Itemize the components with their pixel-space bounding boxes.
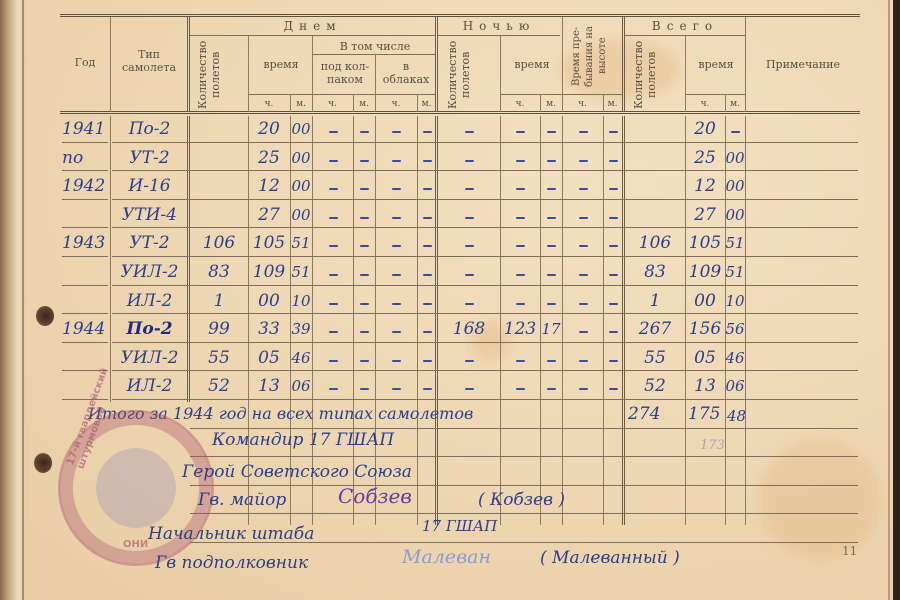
cell-day-count: 55: [190, 348, 248, 368]
row-divider: [62, 170, 108, 171]
cell-dash: [516, 188, 525, 190]
cell-total-count: 55: [625, 348, 685, 368]
cell-total-h: 05: [685, 348, 725, 368]
row-divider: [112, 342, 858, 343]
cell-total-h: 156: [685, 319, 725, 339]
cell-dash: [609, 160, 618, 162]
row-divider: [62, 227, 108, 228]
cell-year: 1942: [62, 176, 110, 196]
cell-type: И-16: [112, 176, 187, 196]
cell-dash: [465, 217, 474, 219]
cell-total-m: 51: [725, 233, 745, 253]
cell-total-m: 06: [725, 376, 745, 396]
cell-dash: [423, 217, 432, 219]
cell-total-m: 00: [725, 205, 745, 225]
cell-total-count: 106: [625, 233, 685, 253]
cell-dash: [516, 274, 525, 276]
cell-total-h: 27: [685, 205, 725, 225]
cell-dash: [609, 360, 618, 362]
cell-type: УТ-2: [112, 233, 187, 253]
cell-dash: [360, 160, 369, 162]
cell-dash: [392, 188, 401, 190]
cell-dash: [423, 303, 432, 305]
header-altitude-time: Время пре- бывания на высоте: [570, 18, 616, 94]
cell-day-h: 33: [248, 319, 290, 339]
cell-day-count: 106: [190, 233, 248, 253]
cell-dash: [579, 160, 588, 162]
row-divider: [62, 313, 108, 314]
header-day-flights: Количество полетов: [196, 38, 240, 112]
punch-hole: [34, 453, 52, 473]
cell-dash: [360, 217, 369, 219]
unit-label-hours: ч.: [500, 99, 540, 109]
cell-dash: [516, 217, 525, 219]
column-divider: [417, 116, 418, 525]
cell-day-h: 20: [248, 119, 290, 139]
row-divider: [62, 256, 108, 257]
row-divider: [112, 370, 858, 371]
cell-dash: [579, 217, 588, 219]
cell-day-count: 99: [190, 319, 248, 339]
cell-dash: [609, 331, 618, 333]
cell-day-m: 51: [290, 233, 312, 253]
cell-dash: [329, 303, 338, 305]
header-total-flights: Количество полетов: [632, 38, 676, 112]
cell-dash: [360, 303, 369, 305]
cell-type: УТИ-4: [112, 205, 187, 225]
cell-total-m: 46: [725, 348, 745, 368]
cell-dash: [547, 360, 556, 362]
summary-total-minutes: 48: [727, 406, 746, 426]
cell-total-h: 109: [685, 262, 725, 282]
cell-day-count: 52: [190, 376, 248, 396]
cell-dash: [579, 131, 588, 133]
unit-label-minutes: м.: [603, 99, 622, 109]
row-divider: [112, 399, 858, 400]
cell-dash: [465, 360, 474, 362]
cell-dash: [392, 331, 401, 333]
unit-label-minutes: м.: [290, 99, 312, 109]
unit-label-hours: ч.: [685, 99, 725, 109]
cell-dash: [329, 131, 338, 133]
signature-rank-lt-colonel: Гв подполковник: [155, 553, 308, 573]
cell-dash: [329, 331, 338, 333]
signature-commander-name: ( Кобзев ): [478, 490, 565, 510]
cell-dash: [423, 274, 432, 276]
cell-dash: [516, 360, 525, 362]
cell-total-h: 105: [685, 233, 725, 253]
header-in-clouds: в облаках: [378, 60, 434, 86]
summary-total-count: 274: [628, 404, 660, 424]
cell-total-m: 51: [725, 262, 745, 282]
cell-total-h: 20: [685, 119, 725, 139]
header-day-time: время: [250, 58, 312, 71]
stamp-text-bottom: ОНИ: [123, 539, 148, 550]
cell-day-m: 46: [290, 348, 312, 368]
cell-day-h: 105: [248, 233, 290, 253]
cell-dash: [423, 331, 432, 333]
unit-label-hours: ч.: [248, 99, 290, 109]
cell-day-m: 00: [290, 176, 312, 196]
cell-dash: [516, 303, 525, 305]
row-divider: [62, 285, 108, 286]
row-divider: [112, 170, 858, 171]
cell-dash: [547, 217, 556, 219]
cell-dash: [392, 217, 401, 219]
cell-dash: [609, 131, 618, 133]
cell-day-h: 12: [248, 176, 290, 196]
cell-dash: [516, 160, 525, 162]
cell-dash: [423, 131, 432, 133]
cell-dash: [360, 131, 369, 133]
cell-total-count: 52: [625, 376, 685, 396]
signature-rank-major: Гв. майор: [198, 490, 286, 510]
cell-dash: [392, 131, 401, 133]
spine-edge: [22, 0, 24, 600]
cell-dash: [360, 188, 369, 190]
header-night: Ночью: [438, 20, 560, 33]
cell-dash: [579, 303, 588, 305]
column-divider: [603, 116, 604, 525]
stamp-emblem: [96, 448, 176, 528]
cell-day-m: 51: [290, 262, 312, 282]
cell-type: ИЛ-2: [112, 376, 187, 396]
signature-hero-title: Герой Советского Союза: [182, 462, 412, 482]
cell-total-h: 25: [685, 148, 725, 168]
signature-chief-of-staff: Начальник штаба: [148, 524, 314, 544]
cell-total-m: 10: [725, 291, 745, 311]
row-divider: [190, 513, 858, 514]
cell-dash: [547, 188, 556, 190]
unit-label-hours: ч.: [562, 99, 603, 109]
cell-type: ИЛ-2: [112, 291, 187, 311]
cell-day-h: 25: [248, 148, 290, 168]
cell-dash: [392, 274, 401, 276]
header-night-flights: Количество полетов: [446, 38, 490, 112]
row-divider: [112, 142, 858, 143]
row-divider: [112, 313, 858, 314]
cell-night-h: 123: [500, 319, 540, 339]
row-divider: [190, 456, 858, 457]
cell-day-h: 109: [248, 262, 290, 282]
cell-day-m: 10: [290, 291, 312, 311]
cell-dash: [516, 131, 525, 133]
cell-year: 1944: [62, 319, 110, 339]
cell-dash: [579, 331, 588, 333]
cell-dash: [360, 360, 369, 362]
row-divider: [112, 285, 858, 286]
cell-dash: [465, 303, 474, 305]
cell-dash: [609, 188, 618, 190]
cell-total-m: 00: [725, 176, 745, 196]
cell-total-h: 12: [685, 176, 725, 196]
cell-day-m: 00: [290, 148, 312, 168]
cell-day-h: 05: [248, 348, 290, 368]
cell-dash: [547, 160, 556, 162]
signature-chief-name: ( Малеванный ): [540, 548, 680, 568]
cell-dash: [609, 274, 618, 276]
cell-dash: [423, 160, 432, 162]
cell-total-count: 267: [625, 319, 685, 339]
cell-dash: [609, 303, 618, 305]
cell-day-m: 00: [290, 205, 312, 225]
cell-dash: [547, 131, 556, 133]
unit-label-minutes: м.: [540, 99, 562, 109]
cell-dash: [392, 360, 401, 362]
cell-total-m: 00: [725, 148, 745, 168]
page-edge: [893, 0, 900, 600]
cell-year: по: [62, 148, 110, 168]
unit-label-minutes: м.: [725, 99, 745, 109]
cell-day-count: 83: [190, 262, 248, 282]
signature-chief-unit: 17 ГШАП: [422, 516, 497, 536]
cell-total-m: 56: [725, 319, 745, 339]
cell-dash: [392, 303, 401, 305]
cell-dash: [465, 160, 474, 162]
unit-label-hours: ч.: [312, 99, 353, 109]
page-number: 11: [842, 544, 857, 558]
header-night-time: время: [502, 58, 562, 71]
cell-day-count: 1: [190, 291, 248, 311]
row-divider: [62, 342, 108, 343]
row-divider: [112, 227, 858, 228]
cell-dash: [423, 188, 432, 190]
cell-total-count: 83: [625, 262, 685, 282]
cell-day-m: 06: [290, 376, 312, 396]
cell-dash: [465, 131, 474, 133]
row-divider: [112, 199, 858, 200]
cell-day-h: 27: [248, 205, 290, 225]
page-edge-line: [888, 0, 890, 600]
cell-type: УИЛ-2: [112, 262, 187, 282]
punch-hole: [36, 306, 54, 326]
cell-type: УТ-2: [112, 148, 187, 168]
cell-day-h: 13: [248, 376, 290, 396]
cell-dash: [329, 188, 338, 190]
header-including: В том числе: [314, 40, 436, 53]
header-total-time: время: [687, 58, 745, 71]
cell-dash: [731, 131, 740, 133]
cell-dash: [465, 274, 474, 276]
signature-commander: Собзев: [338, 484, 412, 508]
header-year: Год: [62, 56, 108, 69]
header-day: Днем: [190, 20, 435, 33]
row-divider: [190, 485, 858, 486]
cell-dash: [329, 360, 338, 362]
cell-dash: [360, 331, 369, 333]
cell-dash: [329, 160, 338, 162]
summary-total-hours: 175: [688, 404, 720, 424]
cell-dash: [579, 360, 588, 362]
signature-chief: Малеван: [402, 546, 491, 568]
cell-dash: [392, 160, 401, 162]
unit-label-minutes: м.: [353, 99, 375, 109]
header-total: Всего: [625, 20, 745, 33]
row-divider: [190, 428, 858, 429]
cell-total-count: 1: [625, 291, 685, 311]
cell-night-count: 168: [438, 319, 500, 339]
cell-night-m: 17: [540, 319, 562, 339]
row-divider: [62, 142, 108, 143]
cell-day-h: 00: [248, 291, 290, 311]
pencil-note: 173: [700, 438, 725, 453]
cell-day-m: 39: [290, 319, 312, 339]
cell-dash: [579, 188, 588, 190]
unit-label-hours: ч.: [375, 99, 417, 109]
cell-dash: [423, 360, 432, 362]
column-divider: [745, 116, 746, 525]
header-notes: Примечание: [748, 58, 858, 71]
signature-commander-title: Командир 17 ГШАП: [212, 430, 394, 450]
cell-total-h: 00: [685, 291, 725, 311]
cell-total-h: 13: [685, 376, 725, 396]
cell-day-m: 00: [290, 119, 312, 139]
cell-dash: [609, 217, 618, 219]
cell-dash: [360, 274, 369, 276]
cell-year: 1943: [62, 233, 110, 253]
unit-label-minutes: м.: [417, 99, 436, 109]
cell-dash: [547, 274, 556, 276]
header-aircraft-type: Тип самолета: [112, 48, 186, 74]
row-divider: [112, 256, 858, 257]
header-under-hood: под кол- паком: [316, 60, 374, 86]
cell-type: По-2: [112, 119, 187, 139]
cell-dash: [547, 303, 556, 305]
row-divider: [62, 199, 108, 200]
cell-dash: [329, 274, 338, 276]
cell-year: 1941: [62, 119, 110, 139]
cell-dash: [329, 217, 338, 219]
cell-dash: [465, 188, 474, 190]
cell-dash: [579, 274, 588, 276]
column-divider: [562, 116, 563, 525]
